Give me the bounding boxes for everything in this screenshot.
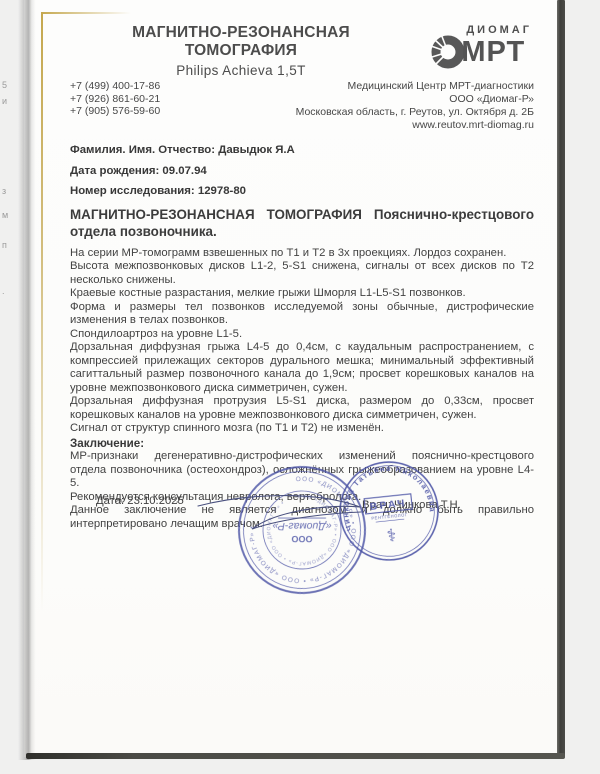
page-right-edge <box>557 0 565 758</box>
text-fragment: м <box>2 210 8 220</box>
findings-paragraph: Спондилоартроз на уровне L1-5. <box>70 328 534 342</box>
scanner-model: Philips Achieva 1,5T <box>76 63 406 78</box>
study-number-line: Номер исследования: 12978-80 <box>70 185 534 197</box>
adjacent-page-text-fragments: 5измп. <box>0 0 20 774</box>
conclusion-paragraph: МР-признаки дегенеративно-дистрофических… <box>70 450 534 491</box>
diomag-mrt-logo: ДИОМАГ МРТ <box>428 24 532 72</box>
title-block: МАГНИТНО-РЕЗОНАНСНАЯ ТОМОГРАФИЯ Philips … <box>76 24 406 78</box>
logo-brand-name: ДИОМАГ <box>466 24 532 36</box>
gold-edge-vertical <box>41 12 43 612</box>
findings-paragraph: Дорзальная диффузная протрузия L5-S1 дис… <box>70 395 534 422</box>
document-title: МАГНИТНО-РЕЗОНАНСНАЯ ТОМОГРАФИЯ <box>76 24 406 60</box>
clinic-info-line: Медицинский Центр МРТ-диагностики <box>296 80 534 93</box>
clinic-info-line: www.reutov.mrt-diomag.ru <box>296 119 534 132</box>
gold-edge-horizontal <box>41 12 131 14</box>
findings-paragraph: Форма и размеры тел позвонков исследуемо… <box>70 301 534 328</box>
clinic-info-line: Московская область, г. Реутов, ул. Октяб… <box>296 106 534 119</box>
conclusion-paragraphs: МР-признаки дегенеративно-дистрофических… <box>70 450 534 531</box>
findings-paragraphs: На серии МР-томограмм взвешенных по Т1 и… <box>70 247 534 436</box>
phone-number: +7 (926) 861-60-21 <box>70 93 160 106</box>
findings-paragraph: Дорзальная диффузная грыжа L4-5 до 0,4см… <box>70 341 534 395</box>
text-fragment: з <box>2 186 6 196</box>
conclusion-paragraph: Данное заключение не является диагнозом … <box>70 504 534 531</box>
findings-paragraph: Краевые костные разрастания, мелкие грыж… <box>70 287 534 301</box>
report-section-heading: МАГНИТНО-РЕЗОНАНСНАЯ ТОМОГРАФИЯ Поясничн… <box>70 206 534 240</box>
report-page: МАГНИТНО-РЕЗОНАНСНАЯ ТОМОГРАФИЯ Philips … <box>24 0 560 757</box>
findings-paragraph: Высота межпозвонковых дисков L1-2, 5-S1 … <box>70 260 534 287</box>
patient-info: Фамилия. Имя. Отчество: Давыдюк Я.А Дата… <box>70 144 534 197</box>
contacts: +7 (499) 400-17-86+7 (926) 861-60-21+7 (… <box>70 80 534 132</box>
phone-number: +7 (499) 400-17-86 <box>70 80 160 93</box>
conclusion-label: Заключение: <box>70 437 534 451</box>
findings-paragraph: Сигнал от структур спинного мозга (по Т1… <box>70 422 534 436</box>
stamp-center-ooo: ООО <box>291 534 312 544</box>
scanned-report-photo: 5измп. МАГНИТНО-РЕЗОНАНСНАЯ ТОМОГРАФИЯ P… <box>0 0 600 774</box>
page-bottom-edge <box>26 753 565 759</box>
phone-list: +7 (499) 400-17-86+7 (926) 861-60-21+7 (… <box>70 80 160 132</box>
text-fragment: и <box>2 96 7 106</box>
text-fragment: п <box>2 240 7 250</box>
report-header: МАГНИТНО-РЕЗОНАНСНАЯ ТОМОГРАФИЯ Philips … <box>70 24 534 78</box>
findings-paragraph: На серии МР-томограмм взвешенных по Т1 и… <box>70 247 534 261</box>
text-fragment: . <box>2 286 5 296</box>
clinic-info-line: ООО «Диомаг-Р» <box>296 93 534 106</box>
text-fragment: 5 <box>2 80 7 90</box>
patient-name-line: Фамилия. Имя. Отчество: Давыдюк Я.А <box>70 144 534 156</box>
conclusion-paragraph: Рекомендуется консультация невролога, ве… <box>70 491 534 505</box>
clinic-address-block: Медицинский Центр МРТ-диагностикиООО «Ди… <box>296 80 534 132</box>
phone-number: +7 (905) 576-59-60 <box>70 105 160 118</box>
patient-birthdate-line: Дата рождения: 09.07.94 <box>70 165 534 177</box>
logo-mrt-text: МРТ <box>461 36 525 69</box>
